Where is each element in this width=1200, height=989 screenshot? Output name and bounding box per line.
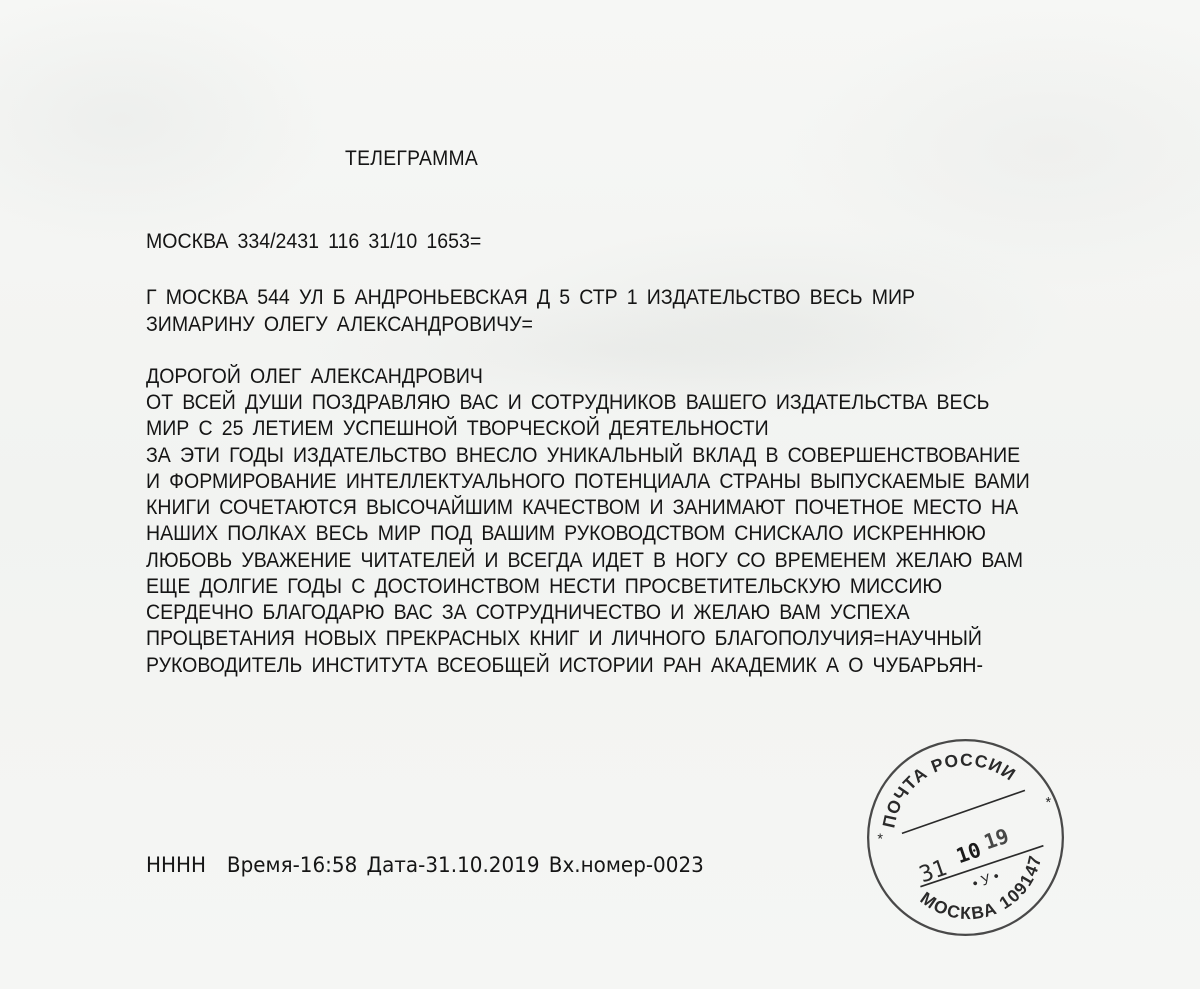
body-line: СЕРДЕЧНО БЛАГОДАРЮ ВАС ЗА СОТРУДНИЧЕСТВО… xyxy=(146,602,910,623)
body-line: КНИГИ СОЧЕТАЮТСЯ ВЫСОЧАЙШИМ КАЧЕСТВОМ И … xyxy=(146,497,1018,518)
body-line: МИР С 25 ЛЕТИЕМ УСПЕШНОЙ ТВОРЧЕСКОЙ ДЕЯТ… xyxy=(146,418,769,439)
end-marker: НННН xyxy=(146,853,206,877)
body-line: ОТ ВСЕЙ ДУШИ ПОЗДРАВЛЯЮ ВАС И СОТРУДНИКО… xyxy=(146,392,989,413)
body-line: ЗА ЭТИ ГОДЫ ИЗДАТЕЛЬСТВО ВНЕСЛО УНИКАЛЬН… xyxy=(146,445,1020,466)
stamp-day: 31 xyxy=(916,855,950,888)
address-line: ЗИМАРИНУ ОЛЕГУ АЛЕКСАНДРОВИЧУ= xyxy=(146,314,533,335)
star-icon: * xyxy=(1045,795,1051,811)
postal-stamp: ПОЧТА РОССИИ МОСКВА 109147 * * 31 10 19 … xyxy=(863,735,1068,940)
body-line: ДОРОГОЙ ОЛЕГ АЛЕКСАНДРОВИЧ xyxy=(146,366,483,387)
stamp-top-text: ПОЧТА РОССИИ xyxy=(863,735,1024,836)
document-title: ТЕЛЕГРАММА xyxy=(345,147,478,171)
address-line: Г МОСКВА 544 УЛ Б АНДРОНЬЕВСКАЯ Д 5 СТР … xyxy=(146,287,915,308)
body-line: НАШИХ ПОЛКАХ ВЕСЬ МИР ПОД ВАШИМ РУКОВОДС… xyxy=(146,523,986,544)
postmark-icon: ПОЧТА РОССИИ МОСКВА 109147 * * 31 10 19 … xyxy=(863,735,1068,940)
svg-text:ПОЧТА РОССИИ: ПОЧТА РОССИИ xyxy=(863,735,1024,836)
receipt-date: Дата-31.10.2019 xyxy=(366,853,539,877)
incoming-number: Вх.номер-0023 xyxy=(549,853,704,877)
star-icon: * xyxy=(877,832,883,848)
stamp-year: 19 xyxy=(981,824,1012,855)
header-line: МОСКВА 334/2431 116 31/10 1653= xyxy=(146,231,481,252)
body-line: ЕЩЕ ДОЛГИЕ ГОДЫ С ДОСТОИНСТВОМ НЕСТИ ПРО… xyxy=(146,576,942,597)
stamp-index-letter: • У • xyxy=(971,868,1002,892)
stamp-month: 10 xyxy=(953,837,984,868)
body-line: ПРОЦВЕТАНИЯ НОВЫХ ПРЕКРАСНЫХ КНИГ И ЛИЧН… xyxy=(146,628,982,649)
receipt-time: Время-16:58 xyxy=(227,853,357,877)
body-line: РУКОВОДИТЕЛЬ ИНСТИТУТА ВСЕОБЩЕЙ ИСТОРИИ … xyxy=(146,655,983,676)
body-line: И ФОРМИРОВАНИЕ ИНТЕЛЛЕКТУАЛЬНОГО ПОТЕНЦИ… xyxy=(146,471,1030,492)
body-line: ЛЮБОВЬ УВАЖЕНИЕ ЧИТАТЕЛЕЙ И ВСЕГДА ИДЕТ … xyxy=(146,550,1023,571)
receipt-footer: ННННВремя-16:58 Дата-31.10.2019 Вх.номер… xyxy=(146,853,704,877)
